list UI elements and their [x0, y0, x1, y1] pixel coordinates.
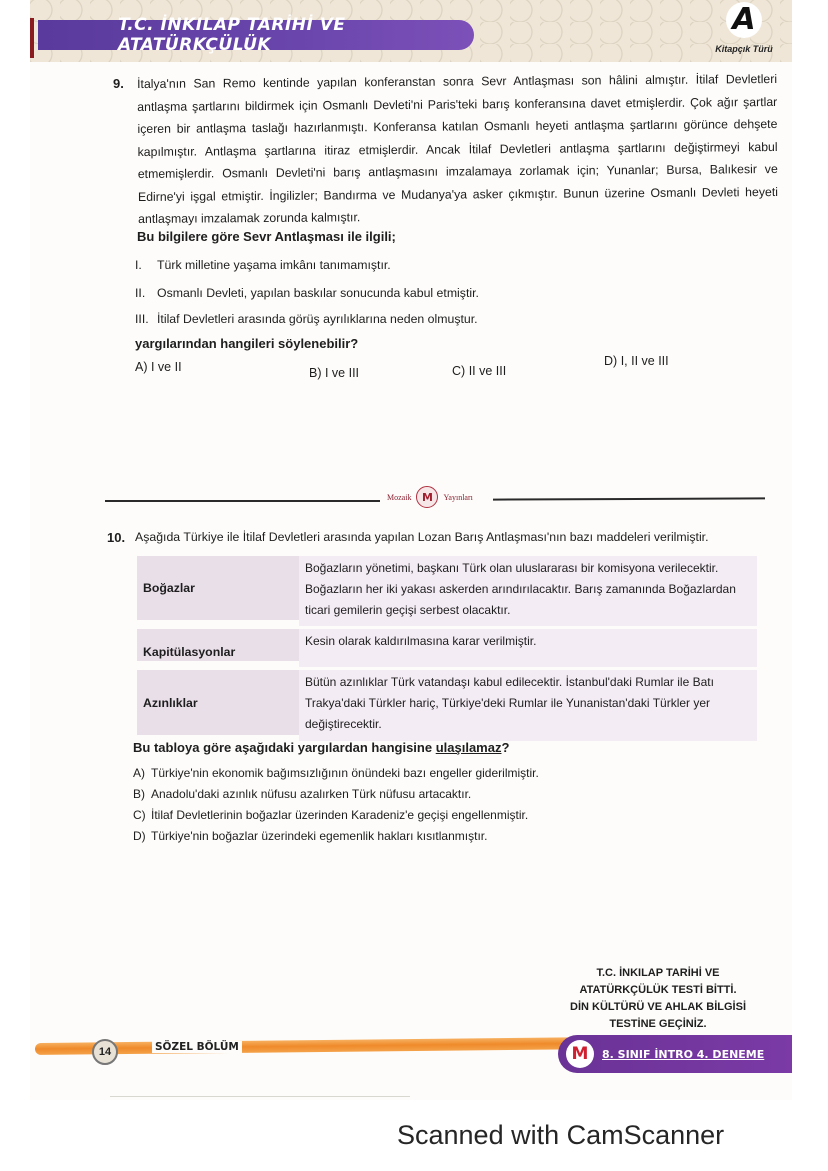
publisher-left: Mozaik	[387, 493, 411, 502]
page-header: T.C. İNKILAP TARİHİ VE ATATÜRKÇÜLÜK A Ki…	[30, 0, 792, 62]
table-topic: Azınlıklar	[137, 670, 299, 735]
section-label: SÖZEL BÖLÜM	[152, 1041, 242, 1053]
exam-banner: M 8. SINIF İNTRO 4. DENEME	[558, 1035, 792, 1073]
table-topic: Boğazlar	[137, 556, 299, 620]
question-10-prompt: Bu tabloya göre aşağıdaki yargılardan ha…	[133, 740, 509, 755]
statement-roman: III.	[135, 312, 157, 326]
question-9-number: 9.	[113, 76, 124, 91]
option-10c[interactable]: C)İtilaf Devletlerinin boğazlar üzerinde…	[133, 808, 528, 822]
end-note-line: DİN KÜLTÜRÜ VE AHLAK BİLGİSİ	[558, 999, 758, 1016]
statement-3: III.İtilaf Devletleri arasında görüş ayr…	[135, 312, 478, 326]
publisher-right: Yayınları	[443, 493, 472, 502]
option-label: C)	[133, 808, 151, 822]
question-9-prompt: yargılarından hangileri söylenebilir?	[135, 336, 358, 351]
statement-text: Osmanlı Devleti, yapılan baskılar sonucu…	[157, 286, 479, 300]
option-text: İtilaf Devletlerinin boğazlar üzerinden …	[151, 808, 528, 822]
option-label: A)	[133, 766, 151, 780]
option-10d[interactable]: D)Türkiye'nin boğazlar üzerindeki egemen…	[133, 829, 487, 843]
subject-banner: T.C. İNKILAP TARİHİ VE ATATÜRKÇÜLÜK	[38, 20, 474, 50]
option-text: I, II ve III	[621, 354, 669, 368]
prompt-underlined: ulaşılamaz	[436, 740, 502, 755]
question-10-lead: Aşağıda Türkiye ile İtilaf Devletleri ar…	[135, 530, 709, 544]
statement-text: Türk milletine yaşama imkânı tanımamıştı…	[157, 258, 391, 272]
statement-2: II.Osmanlı Devleti, yapılan baskılar son…	[135, 286, 479, 300]
publisher-mark: Mozaik M Yayınları	[387, 486, 473, 508]
question-9-paragraph: İtalya'nın San Remo kentinde yapılan kon…	[137, 68, 778, 231]
scanner-watermark: Scanned with CamScanner	[397, 1120, 724, 1151]
header-red-edge	[30, 18, 34, 58]
option-label: A)	[135, 360, 148, 374]
end-note-line: ATATÜRKÇÜLÜK TESTİ BİTTİ.	[558, 982, 758, 999]
option-10b[interactable]: B)Anadolu'daki azınlık nüfusu azalırken …	[133, 787, 471, 801]
booklet-type: A Kitapçık Türü	[704, 2, 784, 60]
table-row: Boğazlar Boğazların yönetimi, başkanı Tü…	[137, 556, 757, 626]
lozan-table: Boğazlar Boğazların yönetimi, başkanı Tü…	[137, 556, 757, 744]
option-text: I ve III	[325, 366, 359, 380]
booklet-letter: A	[726, 2, 762, 38]
option-text: I ve II	[151, 360, 182, 374]
statement-text: İtilaf Devletleri arasında görüş ayrılık…	[157, 312, 478, 326]
question-10-number: 10.	[107, 530, 125, 545]
option-label: B)	[309, 366, 322, 380]
end-note-line: T.C. İNKILAP TARİHİ VE	[558, 965, 758, 982]
scan-artifact-line	[110, 1096, 410, 1097]
subject-title: T.C. İNKILAP TARİHİ VE ATATÜRKÇÜLÜK	[118, 15, 474, 55]
option-10a[interactable]: A)Türkiye'nin ekonomik bağımsızlığının ö…	[133, 766, 539, 780]
prompt-prefix: Bu tabloya göre aşağıdaki yargılardan ha…	[133, 740, 436, 755]
option-label: D)	[133, 829, 151, 843]
divider-line	[105, 500, 380, 502]
table-row: Kapitülasyonlar Kesin olarak kaldırılmas…	[137, 629, 757, 667]
exam-logo-icon: M	[566, 1040, 594, 1068]
divider-line	[493, 497, 765, 500]
end-note-line: TESTİNE GEÇİNİZ.	[558, 1016, 758, 1033]
option-9b[interactable]: B) I ve III	[309, 366, 359, 380]
option-9d[interactable]: D) I, II ve III	[604, 354, 669, 368]
table-text: Bütün azınlıklar Türk vatandaşı kabul ed…	[299, 670, 757, 741]
option-label: D)	[604, 354, 617, 368]
option-text: Türkiye'nin boğazlar üzerindeki egemenli…	[151, 829, 487, 843]
publisher-divider: Mozaik M Yayınları	[105, 495, 765, 507]
table-row: Azınlıklar Bütün azınlıklar Türk vatanda…	[137, 670, 757, 741]
table-text: Kesin olarak kaldırılmasına karar verilm…	[299, 629, 757, 667]
question-9-stem: Bu bilgilere göre Sevr Antlaşması ile il…	[137, 229, 396, 244]
exam-title: 8. SINIF İNTRO 4. DENEME	[602, 1048, 764, 1061]
option-text: Anadolu'daki azınlık nüfusu azalırken Tü…	[151, 787, 471, 801]
option-9a[interactable]: A) I ve II	[135, 360, 182, 374]
option-label: B)	[133, 787, 151, 801]
statement-roman: II.	[135, 286, 157, 300]
option-label: C)	[452, 364, 465, 378]
prompt-suffix: ?	[501, 740, 509, 755]
option-text: II ve III	[469, 364, 507, 378]
publisher-logo-icon: M	[416, 486, 438, 508]
end-of-test-note: T.C. İNKILAP TARİHİ VE ATATÜRKÇÜLÜK TEST…	[558, 965, 758, 1033]
option-9c[interactable]: C) II ve III	[452, 364, 506, 378]
statement-roman: I.	[135, 258, 157, 272]
statement-1: I.Türk milletine yaşama imkânı tanımamış…	[135, 258, 391, 272]
table-topic: Kapitülasyonlar	[137, 629, 299, 661]
table-text: Boğazların yönetimi, başkanı Türk olan u…	[299, 556, 757, 626]
booklet-label: Kitapçık Türü	[704, 44, 784, 54]
page-number: 14	[92, 1039, 118, 1065]
option-text: Türkiye'nin ekonomik bağımsızlığının önü…	[151, 766, 539, 780]
